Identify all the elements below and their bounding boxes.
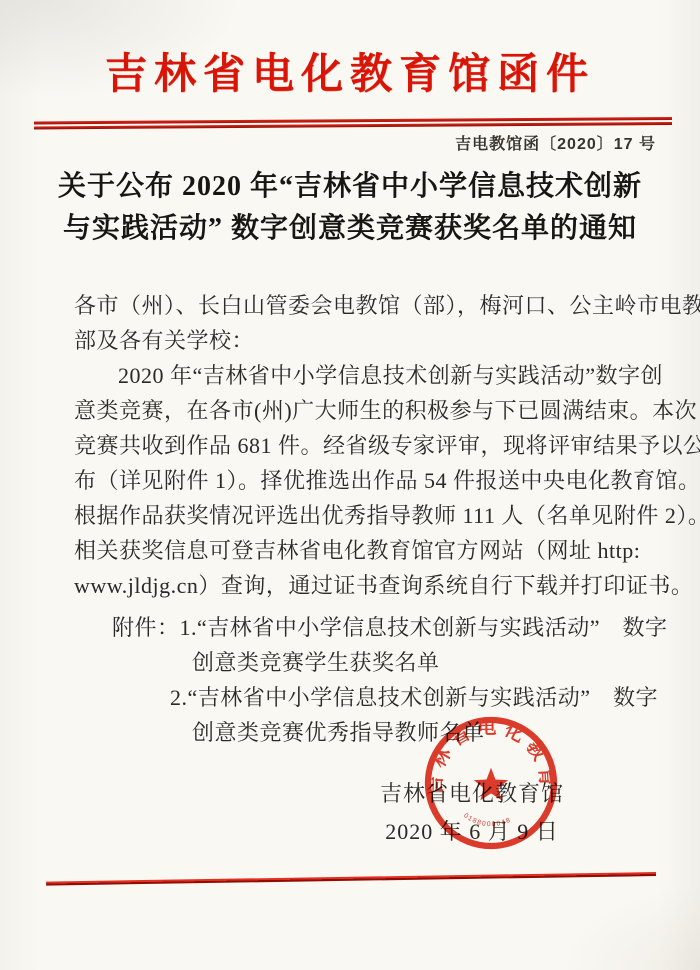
subject-line-2: 与实践活动” 数字创意类竞赛获奖名单的通知 (0, 208, 700, 250)
subject-line-1: 关于公布 2020 年“吉林省中小学信息技术创新 (0, 166, 700, 208)
letterhead-divider-line (34, 117, 672, 130)
body-line: 竞赛共收到作品 681 件。经省级专家评审，现将评审结果予以公 (74, 428, 634, 463)
body-line: 部及各有关学校： (74, 323, 634, 358)
scanned-official-letter: 吉林省电化教育馆函件 吉电教馆函〔2020〕17 号 关于公布 2020 年“吉… (0, 0, 700, 970)
body-line: 各市（州）、长白山管委会电教馆（部），梅河口、公主岭市电教 (74, 288, 634, 323)
attachment-line: 创意类竞赛学生获奖名单 (192, 645, 654, 680)
attachment-line: 2.“吉林省中小学信息技术创新与实践活动” 数字 (170, 680, 654, 715)
footer-divider-line (46, 872, 656, 886)
attachment-line: 附件：1.“吉林省中小学信息技术创新与实践活动” 数字 (112, 610, 654, 645)
document-subject-title: 关于公布 2020 年“吉林省中小学信息技术创新 与实践活动” 数字创意类竞赛获… (0, 166, 700, 250)
letterhead-org-title: 吉林省电化教育馆函件 (0, 46, 700, 104)
body-line: 2020 年“吉林省中小学信息技术创新与实践活动”数字创 (74, 358, 634, 393)
body-line: www.jldjg.cn）查询，通过证书查询系统自行下载并打印证书。 (74, 568, 634, 603)
letter-body: 各市（州）、长白山管委会电教馆（部），梅河口、公主岭市电教 部及各有关学校： 2… (74, 288, 634, 603)
document-reference-number: 吉电教馆函〔2020〕17 号 (455, 131, 656, 154)
signing-date: 2020 年 6 月 9 日 (352, 814, 592, 849)
signing-organization: 吉林省电化教育馆 (352, 776, 592, 811)
body-line: 根据作品获奖情况评选出优秀指导教师 111 人（名单见附件 2）。 (74, 498, 634, 533)
body-line: 布（详见附件 1）。择优推选出作品 54 件报送中央电化教育馆。 (74, 463, 634, 498)
body-line: 意类竞赛，在各市(州)广大师生的积极参与下已圆满结束。本次 (74, 393, 634, 428)
signature-block: 吉林省电化教育馆 2020 年 6 月 9 日 (352, 776, 592, 849)
attachments-list: 附件：1.“吉林省中小学信息技术创新与实践活动” 数字 创意类竞赛学生获奖名单 … (74, 610, 654, 750)
body-line: 相关获奖信息可登吉林省电化教育馆官方网站（网址 http: (74, 533, 634, 568)
attachment-line: 创意类竞赛优秀指导教师名单 (192, 715, 654, 750)
